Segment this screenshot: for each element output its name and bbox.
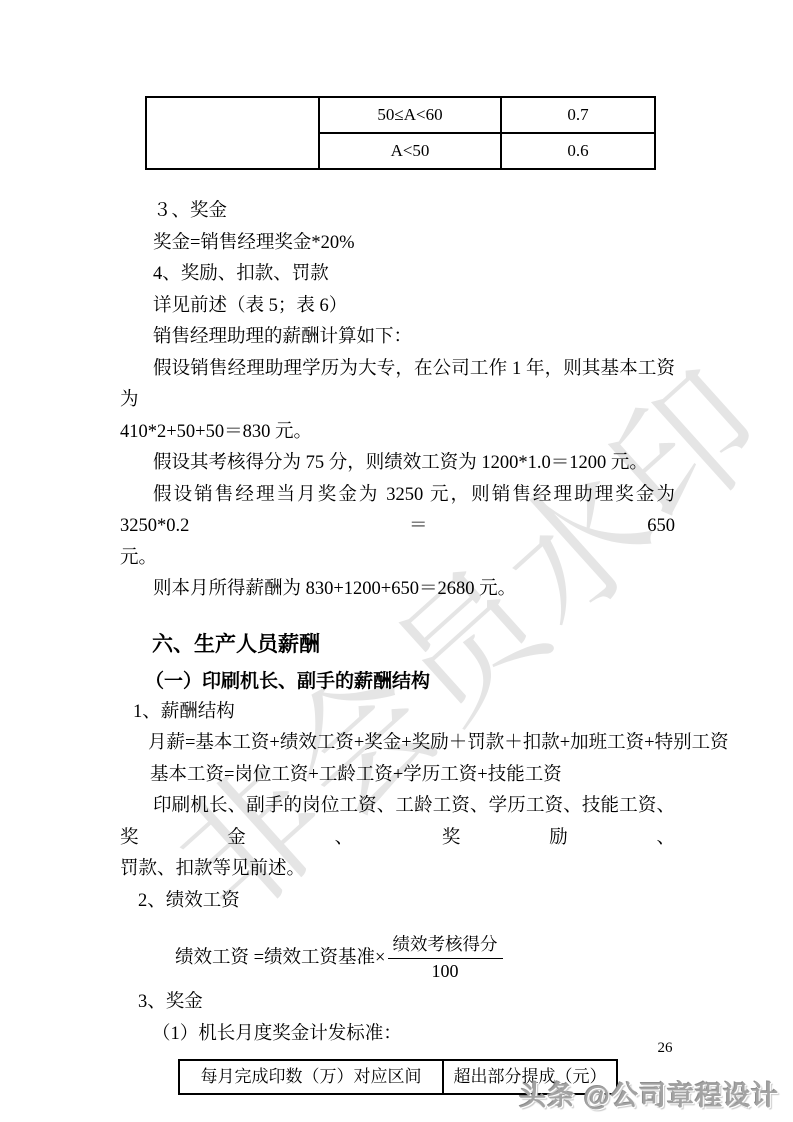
body-line: 则本月所得薪酬为 830+1200+650＝2680 元。 [120, 574, 675, 606]
formula-lhs: 绩效工资 =绩效工资基准× [175, 943, 386, 969]
body-line: 2、绩效工资 [138, 886, 675, 918]
body-line: 假设销售经理助理学历为大专，在公司工作 1 年，则其基本工资为 [120, 354, 675, 417]
performance-salary-formula: 绩效工资 =绩效工资基准×绩效考核得分100 [175, 933, 675, 979]
body-line: 印刷机长、副手的岗位工资、工龄工资、学历工资、技能工资、奖金、奖励、 [120, 791, 675, 854]
body-line: 假设其考核得分为 75 分，则绩效工资为 1200*1.0＝1200 元。 [120, 448, 675, 480]
table-row: 50≤A<60 0.7 [146, 97, 655, 133]
body-line: 元。 [120, 543, 675, 575]
subsection-heading: （一）印刷机长、副手的薪酬结构 [145, 668, 675, 696]
body-line: 1、薪酬结构 [133, 697, 675, 729]
coeff-range-cell: A<50 [319, 133, 501, 169]
coeff-range-cell: 50≤A<60 [319, 97, 501, 133]
body-line: 销售经理助理的薪酬计算如下： [120, 322, 675, 354]
body-line: 罚款、扣款等见前述。 [120, 854, 675, 886]
body-line: ３、奖金 [120, 196, 675, 228]
footer-watermark: 头条 @公司章程设计 [519, 1074, 779, 1113]
section-sales-assistant: ３、奖金 奖金=销售经理奖金*20% 4、奖励、扣款、罚款 详见前述（表 5；表… [120, 196, 675, 606]
section-bonus: 3、奖金 （1）机长月度奖金计发标准： [120, 987, 675, 1050]
coeff-value-cell: 0.7 [501, 97, 655, 133]
formula-denominator: 100 [388, 959, 503, 982]
section-heading: 六、生产人员薪酬 [152, 629, 675, 661]
body-line: 详见前述（表 5；表 6） [120, 291, 675, 323]
body-line: 410*2+50+50＝830 元。 [120, 417, 675, 449]
body-line: （1）机长月度奖金计发标准： [152, 1019, 675, 1051]
body-line: 4、奖励、扣款、罚款 [120, 259, 675, 291]
body-line: 基本工资=岗位工资+工龄工资+学历工资+技能工资 [150, 760, 675, 792]
page-number: 26 [655, 1040, 675, 1057]
coeff-table: 50≤A<60 0.7 A<50 0.6 [145, 96, 656, 170]
body-line: 月薪=基本工资+绩效工资+奖金+奖励＋罚款＋扣款+加班工资+特别工资 [148, 728, 675, 760]
coeff-empty-cell [146, 97, 319, 169]
body-line: 奖金=销售经理奖金*20% [120, 228, 675, 260]
document-page: 非会员水印 50≤A<60 0.7 A<50 0.6 ３、奖金 奖金=销售经理奖… [0, 0, 793, 1122]
formula-fraction: 绩效考核得分100 [388, 931, 503, 982]
section-printer-salary: 1、薪酬结构 月薪=基本工资+绩效工资+奖金+奖励＋罚款＋扣款+加班工资+特别工… [120, 697, 675, 918]
coeff-value-cell: 0.6 [501, 133, 655, 169]
body-line: 3、奖金 [138, 987, 675, 1019]
document-content: 50≤A<60 0.7 A<50 0.6 ３、奖金 奖金=销售经理奖金*20% … [120, 0, 675, 1095]
formula-numerator: 绩效考核得分 [388, 931, 503, 959]
body-line: 假设销售经理当月奖金为 3250 元，则销售经理助理奖金为 3250*0.2＝6… [120, 480, 675, 543]
bonus-header-range: 每月完成印数（万）对应区间 [179, 1060, 443, 1094]
